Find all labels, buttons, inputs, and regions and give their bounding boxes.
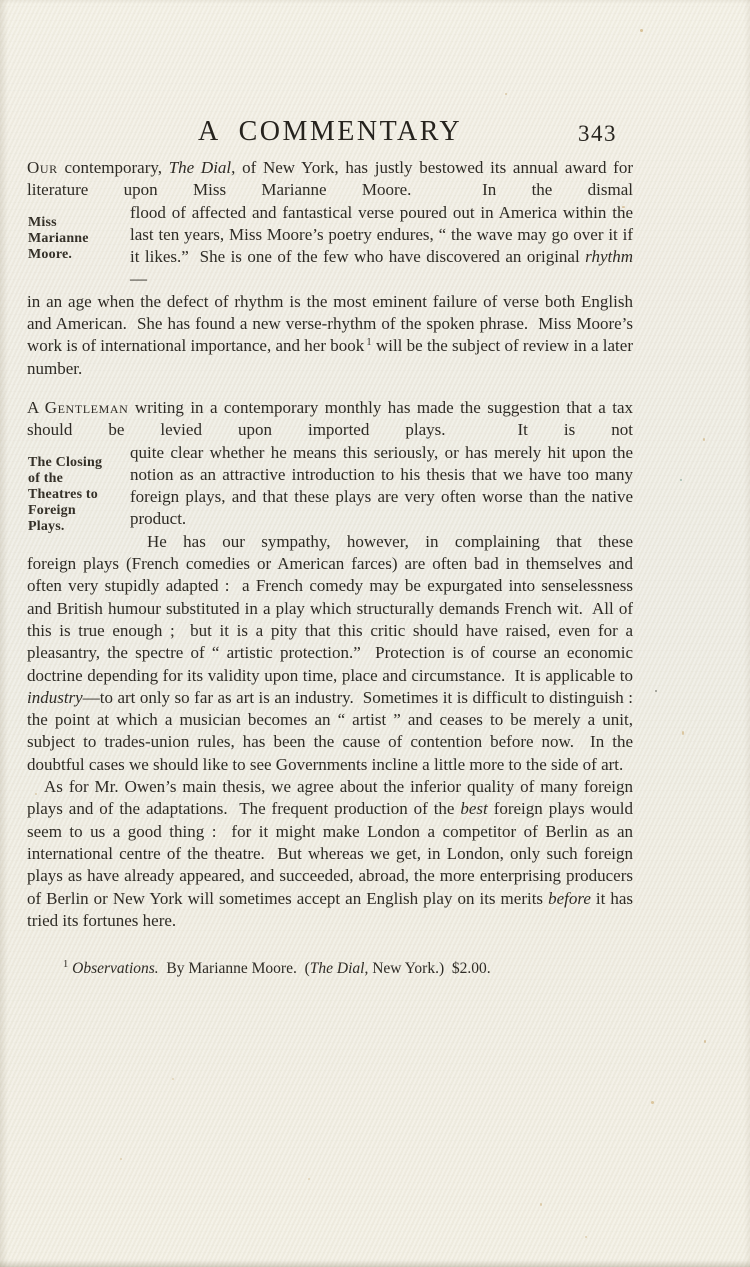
text-run: —to art only so far as art is an industr… [27,688,633,774]
text-run: The Dial [310,960,365,977]
text-run: Our [27,158,58,177]
foxing-speck [682,731,684,735]
margin-note-line: Foreign [28,503,128,519]
foxing-speck [640,29,643,32]
foxing-speck [651,1101,654,1104]
foxing-speck [120,1158,122,1160]
margin-note-line: Marianne [28,231,128,247]
text-run: industry [27,688,83,707]
margin-note-line: The Closing [28,455,128,471]
text-run: flood of affected and fantastical verse … [130,203,633,267]
foxing-speck [505,93,507,95]
text-run: quite clear whether he means this seriou… [130,443,633,529]
text-run: — [130,269,147,288]
text-run: A [27,398,45,417]
paragraph: quite clear whether he means this seriou… [130,442,633,531]
foxing-speck [585,1236,587,1238]
text-run: 1 [364,337,371,348]
margin-note-line: Theatres to [28,487,128,503]
noted-block: MissMarianneMoore.flood of affected and … [27,202,633,291]
text-run: By Marianne Moore. ( [159,960,310,977]
footnote: 1 Observations. By Marianne Moore. (The … [27,959,633,979]
paragraph: A Gentleman writing in a contemporary mo… [27,397,633,442]
text-run: contemporary, [58,158,169,177]
foxing-speck [540,1203,542,1206]
foxing-speck [655,690,657,692]
text-run: best [460,799,487,818]
noted-text: flood of affected and fantastical verse … [130,202,633,291]
page-title: A COMMENTARY [27,116,633,148]
page-edge-bottom [0,1260,750,1267]
margin-note: The Closingof theTheatres toForeignPlays… [28,455,128,535]
foxing-speck [704,1040,706,1043]
margin-note: MissMarianneMoore. [28,215,128,263]
text-run: Observations. [72,960,159,977]
text-run: foreign plays (French comedies or Americ… [27,554,633,684]
page-edge-right [744,0,750,1267]
foxing-speck [680,479,682,481]
paragraph: As for Mr. Owen’s main thesis, we agree … [27,776,633,932]
commentary-body: Our contemporary, The Dial, of New York,… [27,157,633,979]
margin-note-line: of the [28,471,128,487]
paragraph: in an age when the defect of rhythm is t… [27,291,633,380]
foxing-speck [308,1178,310,1180]
text-run: He has our sympathy, however, in complai… [147,532,633,551]
paragraph: flood of affected and fantastical verse … [130,202,633,291]
text-run: The Dial [169,158,231,177]
page-edge-left [0,0,8,1267]
text-run: rhythm [585,247,633,266]
margin-note-line: Miss [28,215,128,231]
text-run: , New York.) $2.00. [364,960,490,977]
noted-block: The Closingof theTheatres toForeignPlays… [27,442,633,553]
paragraph: He has our sympathy, however, in complai… [130,531,633,553]
foxing-speck [703,438,705,441]
paragraph: Our contemporary, The Dial, of New York,… [27,157,633,202]
margin-note-line: Moore. [28,247,128,263]
section-closing-of-theatres: A Gentleman writing in a contemporary mo… [27,397,633,932]
scanned-journal-page: A COMMENTARY 343 Our contemporary, The D… [0,0,750,1267]
margin-note-line: Plays. [28,519,128,535]
paragraph: foreign plays (French comedies or Americ… [27,553,633,776]
page-number: 343 [578,121,617,147]
noted-text: quite clear whether he means this seriou… [130,442,633,553]
text-run: Gentleman [45,398,129,417]
section-miss-marianne-moore: Our contemporary, The Dial, of New York,… [27,157,633,380]
page-edge-top [0,0,750,4]
foxing-speck [172,1078,174,1080]
text-run: before [548,889,591,908]
